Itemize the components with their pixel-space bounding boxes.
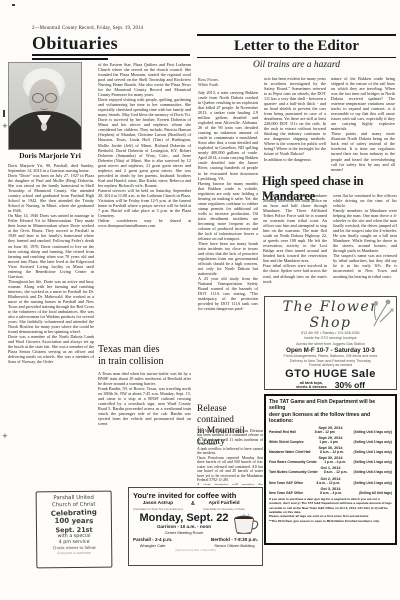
tat-schedule-row: Parshall Red Hall8 am - 12 pm(Selling Un… [269,430,392,435]
letter-section-title: Letter to the Editor [197,38,396,55]
tat-location: Twin Buttes Community Center [269,470,318,475]
venue-parshall: Wrangler Cafe [133,543,172,548]
tat-time: 1 pm - 4 pm [319,440,337,445]
texas-headline-line2: in train collision [98,356,191,368]
flower-sprig-icon [368,298,394,328]
location-parshall: Parshall - 2-4 p.m. [133,537,172,543]
tat-title-1: The TAT Game and Fish Department will be… [269,399,392,412]
letter-column-3: nature of the Bakken crude being shipped… [331,76,395,171]
registration-mark: + [2,122,8,130]
tat-time: 8 am - 12 pm [315,430,335,435]
tat-location: Mandaree Water Chief Hall [269,450,310,455]
gto-sale-title: GTO HUGE Sale [268,368,393,380]
location-berthold: Berthold - 7-8:30 p.m. [211,537,258,543]
tat-schedule-row: White Shield Complex1 pm - 4 pm(Selling … [269,440,392,445]
letter-rule-top [197,34,396,36]
registration-mark [3,110,5,117]
tat-time: 8 a.m. - 12 p.m. [324,470,348,475]
letter-byline: Ross Ficner, White Earth [198,77,219,88]
registration-mark: + [2,432,8,440]
newspaper-page: + + 2—Mountrail County Record, Friday, S… [0,0,400,600]
coffee-cup-icon [233,510,259,536]
tat-time: 8 a.m. - 4 p.m. [320,491,342,496]
coffee-ad-date: Monday, Sept. 22 [133,512,235,524]
venue-berthold: Senior Citizen Building [211,543,258,548]
tat-note: (Selling Unit 3 tags only) [354,440,392,445]
tat-game-fish-ad: The TAT Game and Fish Department will be… [264,394,397,545]
tat-schedule-row: Twin Buttes Community Center8 a.m. - 12 … [269,470,392,475]
tat-note: (Selling Unit 4 tags only) [354,470,392,475]
tat-schedule-row: New Town G&F Office8 a.m. - 4 p.m.(Selli… [269,491,392,496]
tat-location: Parshall Red Hall [269,430,296,435]
tat-time: 8 a.m. - 12 p.m. [320,450,344,455]
obituaries-rule-2 [32,58,108,60]
tat-note: (Selling Unit 1 tags only) [354,460,392,465]
church-ad: Parshall United Church of Christ Celebra… [36,491,113,569]
tat-schedule-row: New Town G&F Office8 a.m. - 12 p.m.(Sell… [269,481,392,486]
obituaries-rule [32,54,190,56]
chase-column-2: went flat he continued to flee officers … [333,193,397,293]
obituary-name: Doris Marjorie Yri [6,151,94,160]
tat-note: (Selling Unit 1 tags only) [354,450,392,455]
tat-note: (Selling Unit 2 tags only) [354,481,392,486]
obituary-photo [8,62,82,150]
church-100-years: 100 years [39,517,109,526]
coffee-ad-title: You're invited for coffee with [133,491,258,500]
texas-article-body: A Texas man died when his tractor-traile… [98,371,191,483]
tat-note: (Selling All Unit tags) [359,491,392,496]
tat-time: 1 p.m. - 4 p.m. [324,460,346,465]
obituary-column-b: of the Eastern Star, Plaza Quilters and … [98,62,191,341]
tat-footer-2: Please remember all tags are sold on a f… [269,514,392,518]
texas-article-headline: Texas man dies in train collision [98,344,191,367]
coffee-ad-fineprint: (Sponsored by Dist. 4 Dem-NPL) [133,548,258,552]
chase-column-1: A tribal member from Mandaree Monday aft… [263,193,327,293]
sale-items: all tank tops, shorts & dresses [296,381,327,389]
tat-location: New Town G&F Office [269,481,303,486]
tat-location: Four Bears Community Center [269,460,317,465]
release-article-body: The North Dakota Oil and Gas Division ha… [197,429,263,485]
ampersand: & [191,501,195,511]
letter-column-1: July 2013, a train carrying Bakken crude… [198,90,258,402]
tat-note: (Selling Unit 3 tags only) [354,430,392,435]
sale-discount: 30% off [335,380,365,390]
candidate-name-2: April Fairfield [203,501,245,507]
tat-location: New Town G&F Office [269,491,303,496]
letter-rule-bottom [197,57,396,58]
glasses-icon [32,93,44,103]
coffee-invite-ad: You're invited for coffee with Jason Ast… [128,487,263,566]
venue-garrison: Cenex Meeting Room [133,530,235,535]
tat-schedule-row: Four Bears Community Center1 p.m. - 4 p.… [269,460,392,465]
release-headline-line1: Release contained [197,404,263,426]
folio-line: 2—Mountrail County Record, Friday, Sept.… [32,26,143,31]
registration-mark [12,4,15,6]
church-welcome: Everyone is welcome [39,550,109,555]
photo-smile [40,106,48,110]
flower-hours: Open M-F 10-7 - Saturday 10-3 [268,347,393,354]
tat-location: White Shield Complex [269,440,304,445]
candidate-caption-1: (Candidate for State Tax Commissioner) [133,507,183,511]
obituary-column-a: Doris Marjorie Yri, 90, Parshall, died S… [8,163,94,485]
letter-column-2: ucts has been evident for many years in … [264,76,326,171]
tat-footer-3: **The 2014 Deer gun season is open to MH… [269,519,392,523]
photo-brooch [41,123,47,131]
texas-headline-line1: Texas man dies [98,344,191,356]
obituaries-section-title: Obituaries [32,33,118,54]
tat-title-2: deer gun licenses at the follow times an… [269,412,392,425]
tat-schedule-row: Mandaree Water Chief Hall8 a.m. - 12 p.m… [269,450,392,455]
letter-headline: Oil trains are a hazard [197,60,396,70]
letter-author-town: White Earth [198,82,219,87]
tat-time: 8 a.m. - 12 p.m. [317,481,341,486]
tat-footer-1: If you wish to purchase a deer gun tag f… [269,497,392,514]
flower-shop-ad: The Flower Shop 513 4th SE • Stanley • 7… [264,296,397,390]
glasses-icon [45,93,57,103]
